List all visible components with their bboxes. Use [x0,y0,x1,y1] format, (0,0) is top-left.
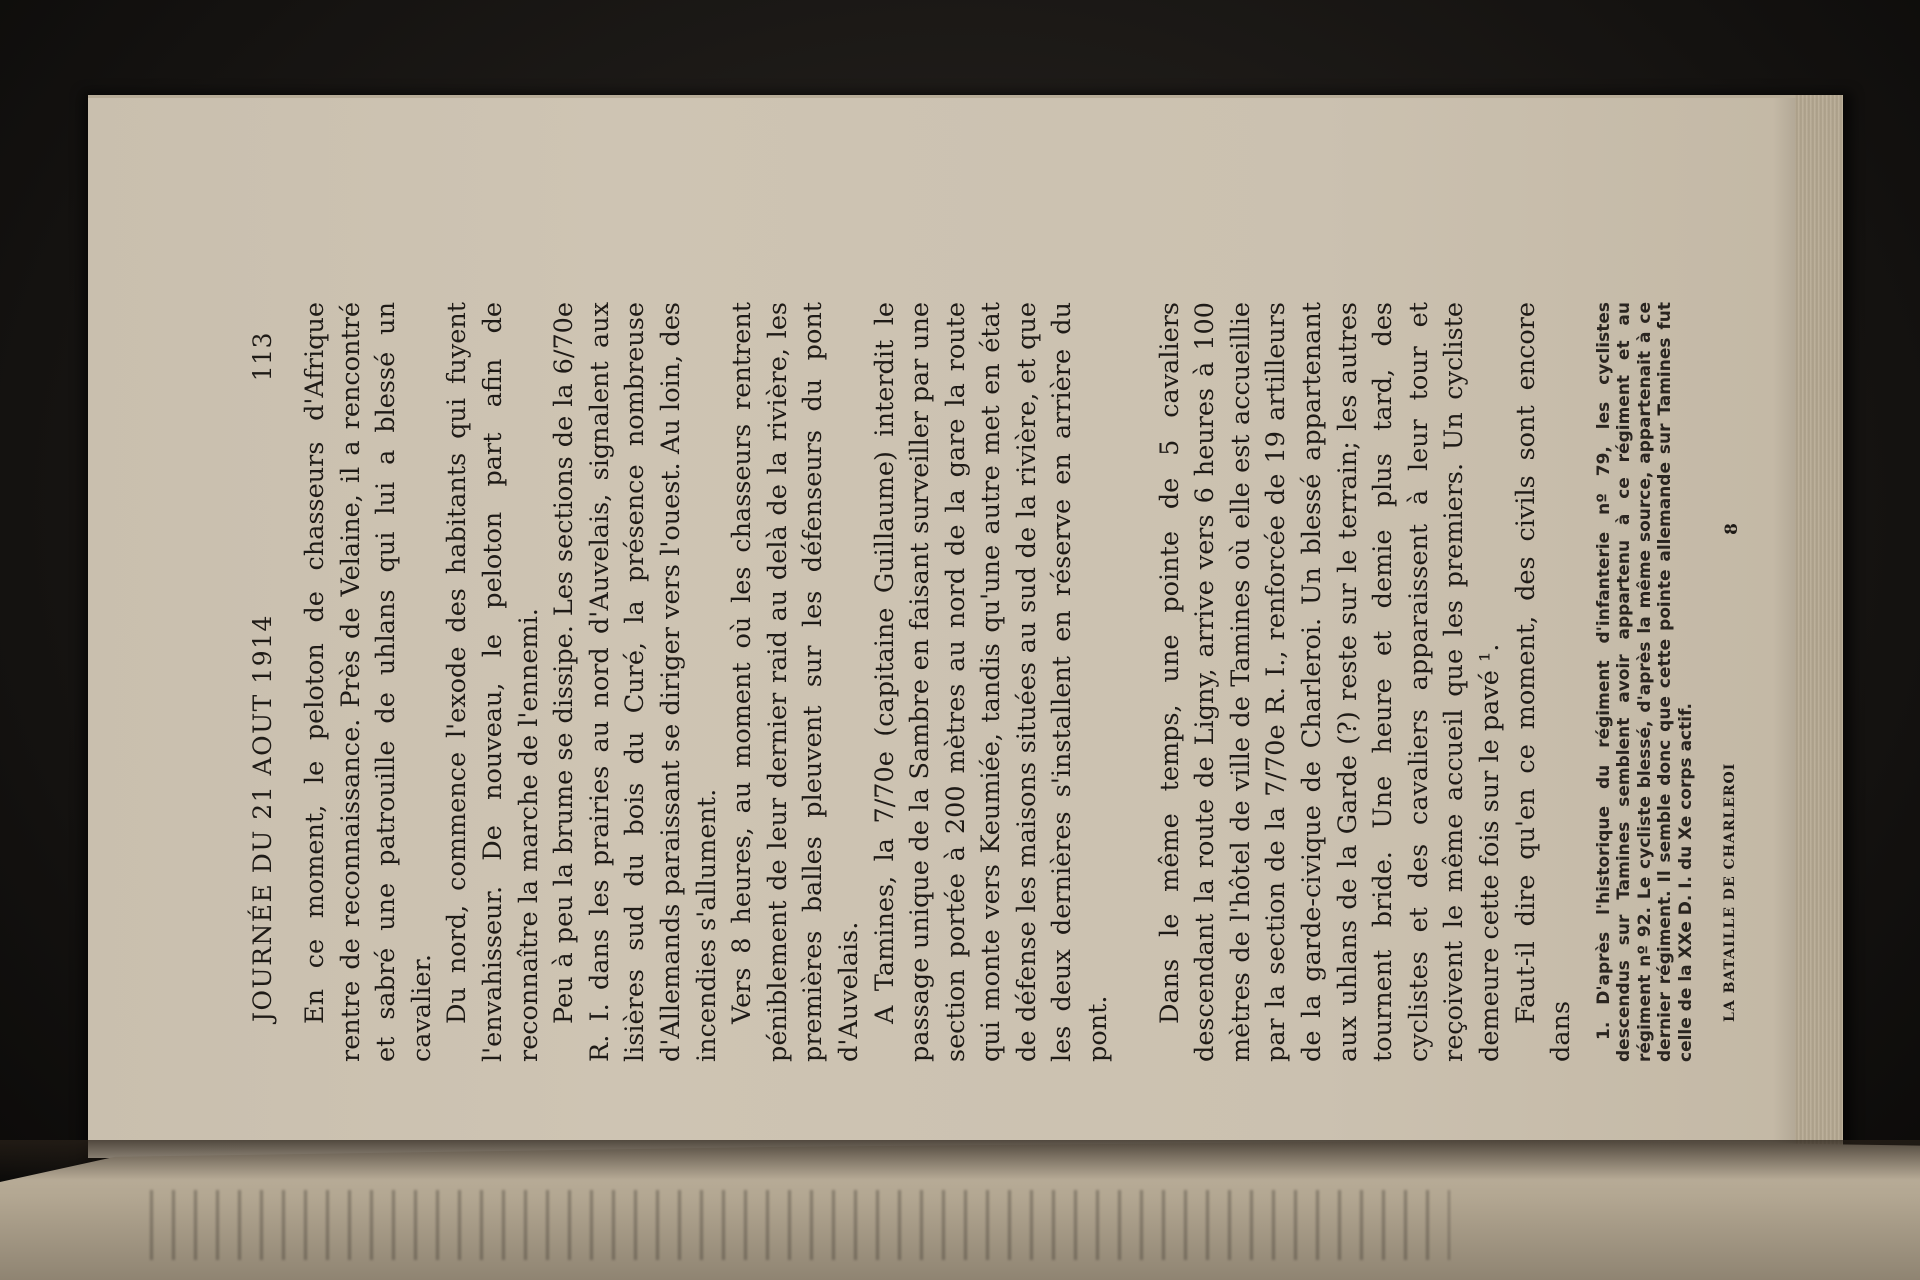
paragraph: Vers 8 heures, au moment où les chasseur… [725,302,867,1062]
signature-line: LA BATAILLE DE CHARLEROI 8 [1722,302,1742,1062]
body-text: En ce moment, le peloton de chasseurs d'… [298,302,1580,1062]
paragraph: Faut-il dire qu'en ce moment, des civils… [1509,302,1580,1062]
footnote: 1. D'après l'historique du régiment d'in… [1594,302,1697,1062]
page-edge [1795,95,1843,1155]
paragraph: Dans le même temps, une pointe de 5 cava… [1153,302,1509,1062]
book-gutter-shadow [0,1140,1920,1180]
paragraph: Peu à peu la brume se dissipe. Les secti… [547,302,725,1062]
paragraph: En ce moment, le peloton de chasseurs d'… [298,302,440,1062]
signature-title: LA BATAILLE DE CHARLEROI [1722,763,1742,1022]
page-text-block: JOURNÉE DU 21 AOUT 1914 113 En ce moment… [248,302,1648,1062]
facing-page-text [150,1190,1450,1260]
page-number: 113 [248,332,277,381]
running-head: JOURNÉE DU 21 AOUT 1914 113 [248,302,288,1062]
paragraph: Du nord, commence l'exode des habitants … [440,302,547,1062]
paragraph: A Tamines, la 7/70e (capitaine Guillaume… [868,302,1117,1062]
running-head-title: JOURNÉE DU 21 AOUT 1914 [248,614,277,1022]
signature-number: 8 [1722,522,1742,535]
